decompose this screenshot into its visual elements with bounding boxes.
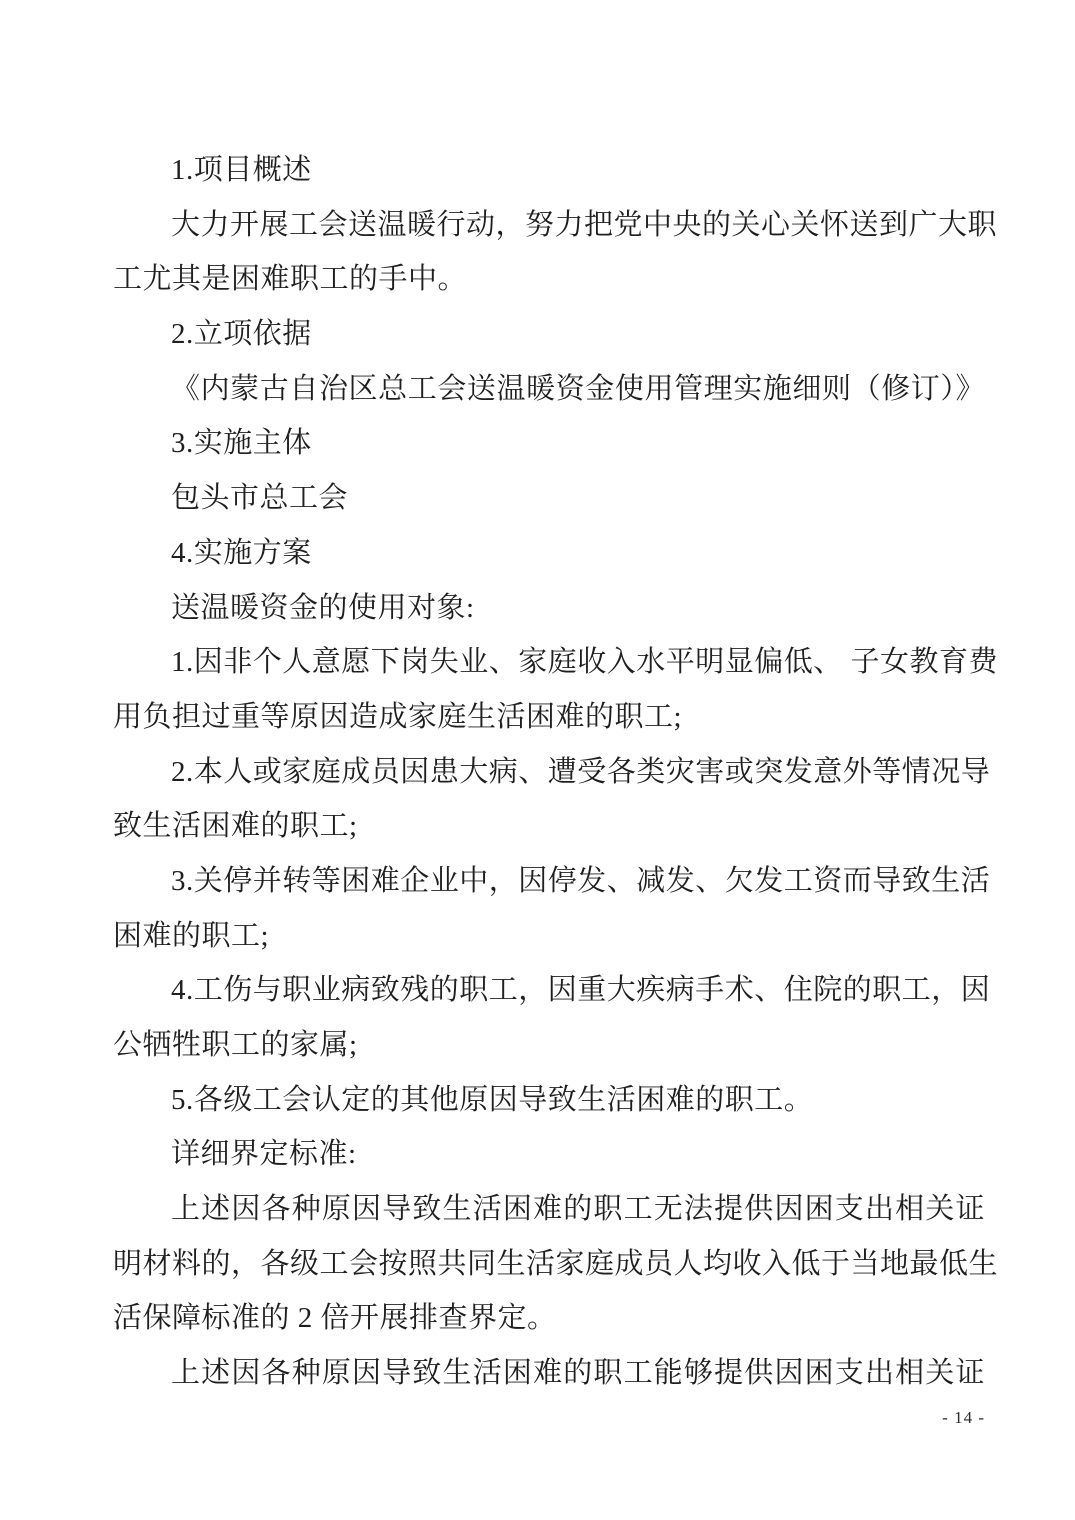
text-line: 上述因各种原因导致生活困难的职工无法提供因困支出相关证 — [113, 1182, 985, 1237]
text-line: 5.各级工会认定的其他原因导致生活困难的职工。 — [113, 1073, 985, 1128]
text-line: 3.实施主体 — [113, 416, 985, 471]
text-line: 致生活困难的职工; — [113, 799, 985, 854]
text-line: 送温暖资金的使用对象: — [113, 581, 985, 636]
text-line: 活保障标准的 2 倍开展排查界定。 — [113, 1291, 985, 1346]
text-line: 大力开展工会送温暖行动，努力把党中央的关心关怀送到广大职 — [113, 198, 985, 253]
text-line: 4.工伤与职业病致残的职工，因重大疾病手术、住院的职工，因 — [113, 963, 985, 1018]
text-line: 公牺牲职工的家属; — [113, 1018, 985, 1073]
text-line: 1.因非个人意愿下岗失业、家庭收入水平明显偏低、 子女教育费 — [113, 635, 985, 690]
document-page: 1.项目概述大力开展工会送温暖行动，努力把党中央的关心关怀送到广大职工尤其是困难… — [0, 0, 1075, 1520]
text-line: 用负担过重等原因造成家庭生活困难的职工; — [113, 690, 985, 745]
text-line: 3.关停并转等困难企业中，因停发、减发、欠发工资而导致生活 — [113, 854, 985, 909]
text-line: 1.项目概述 — [113, 143, 985, 198]
text-line: 详细界定标准: — [113, 1127, 985, 1182]
text-line: 上述因各种原因导致生活困难的职工能够提供因困支出相关证 — [113, 1346, 985, 1401]
text-line: 包头市总工会 — [113, 471, 985, 526]
text-line: 《内蒙古自治区总工会送温暖资金使用管理实施细则（修订）》 — [113, 362, 985, 417]
text-line: 4.实施方案 — [113, 526, 985, 581]
page-number: - 14 - — [113, 1406, 985, 1430]
text-line: 困难的职工; — [113, 909, 985, 964]
text-line: 工尤其是困难职工的手中。 — [113, 252, 985, 307]
text-line: 2.本人或家庭成员因患大病、遭受各类灾害或突发意外等情况导 — [113, 745, 985, 800]
text-lines: 1.项目概述大力开展工会送温暖行动，努力把党中央的关心关怀送到广大职工尤其是困难… — [113, 143, 985, 1401]
text-line: 2.立项依据 — [113, 307, 985, 362]
text-line: 明材料的，各级工会按照共同生活家庭成员人均收入低于当地最低生 — [113, 1237, 985, 1292]
